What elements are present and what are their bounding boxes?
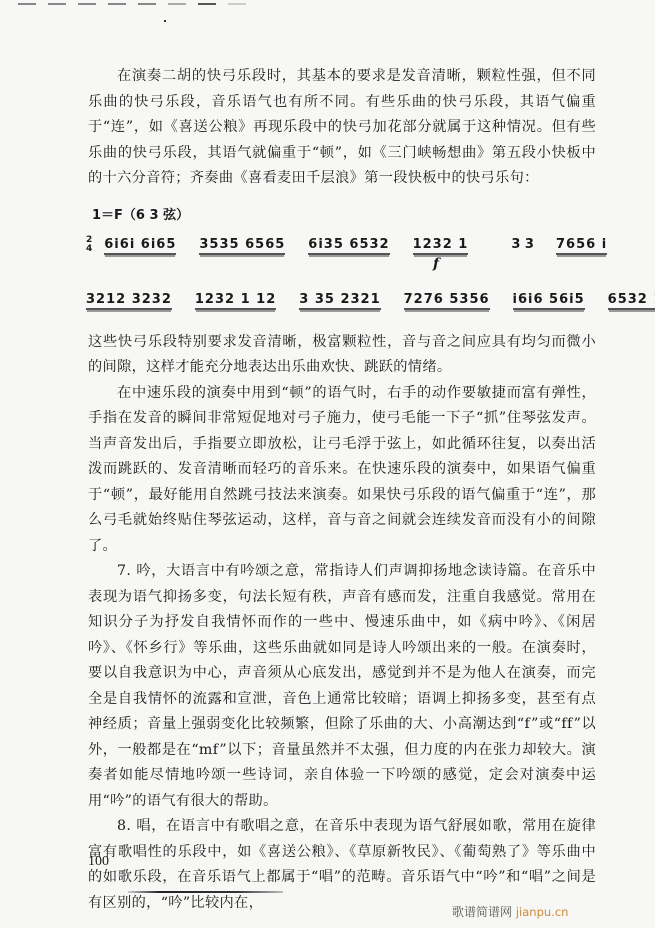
measure: i6i6 56i5 <box>505 292 600 307</box>
watermark-site-name: 歌谱简谱网 <box>452 905 512 919</box>
measure: 3535 6565 <box>191 237 300 252</box>
dynamic-marking: f <box>433 256 439 272</box>
jianpu-score: 24 6i6i 6i65 3535 6565 6i35 6532 1232 1 … <box>88 230 596 330</box>
measure: 6i35 6532 <box>300 237 404 252</box>
paragraph-staccato-technique: 在中速乐段的演奏中用到“顿”的语气时，右手的动作要敏捷而富有弹性，手指在发音的瞬… <box>88 381 596 560</box>
score-line-2: 3212 3232 1232 1 12 3 35 2321 7276 5356 … <box>86 285 606 315</box>
measure: 3 35 2321 <box>291 292 395 307</box>
scan-artifact-marks <box>15 3 255 7</box>
key-signature: 1＝F（6 3 弦） <box>92 204 596 230</box>
watermark: 歌谱简谱网 jianpu.cn <box>452 903 568 920</box>
watermark-url: jianpu.cn <box>516 905 569 919</box>
measure: 1232 1 12 <box>187 292 291 307</box>
scan-footer-line <box>128 891 283 893</box>
measure: 6i6i 6i65 <box>96 237 191 252</box>
score-line-1: 24 6i6i 6i65 3535 6565 6i35 6532 1232 1 … <box>86 230 606 260</box>
paragraph-chang: 8. 唱，在语言中有歌唱之意，在音乐中表现为语气舒展如歌，常用在旋律富有歌唱性的… <box>88 814 596 916</box>
measure: 6532 1 <box>600 292 655 307</box>
measure: 3 3 <box>497 237 548 252</box>
measure: 7656 i <box>548 237 622 252</box>
paragraph-fast-bow-summary: 这些快弓乐段特别要求发音清晰，极富颗粒性，音与音之间应具有均匀而微小的间隙，这样… <box>88 330 596 381</box>
measure: 1232 1 <box>405 237 484 252</box>
time-signature: 24 <box>86 236 92 254</box>
scan-speck <box>164 20 166 22</box>
measure: 3212 3232 <box>86 292 187 307</box>
measure: 7276 5356 <box>396 292 505 307</box>
paragraph-yin: 7. 吟，大语言中有吟颂之意，常指诗人们声调抑扬地念读诗篇。在音乐中表现为语气抑… <box>88 559 596 814</box>
paragraph-fast-bow: 在演奏二胡的快弓乐段时，其基本的要求是发音清晰，颗粒性强，但不同乐曲的快弓乐段，… <box>88 64 596 192</box>
page-number: 100 <box>88 854 109 870</box>
page-body: 在演奏二胡的快弓乐段时，其基本的要求是发音清晰，颗粒性强，但不同乐曲的快弓乐段，… <box>88 64 596 916</box>
